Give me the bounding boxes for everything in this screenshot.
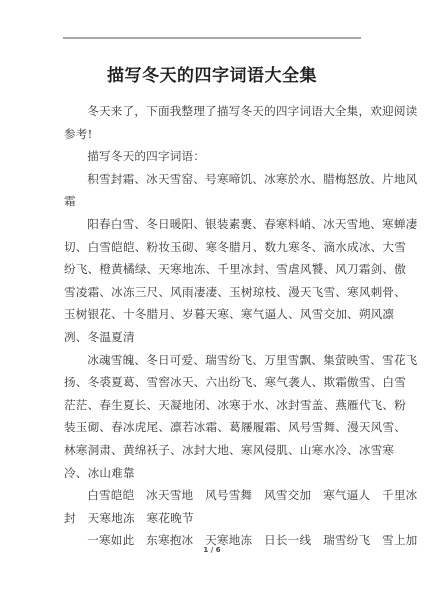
text-line: 白雪皑皑 冰天雪地 风号雪舞 风雪交加 寒气逼人 千里冰	[64, 484, 361, 507]
intro-paragraph: 冬天来了，下面我整理了描写冬天的四字词语大全集，欢迎阅读 参考!	[64, 100, 361, 145]
word-list-paragraph: 冰魂雪魄、冬日可爱、瑞雪纷飞、万里雪飘、集萤映雪、雪花飞 扬、冬裘夏葛、雪窖冰天…	[64, 349, 361, 485]
page-number: 1 / 6	[0, 546, 424, 554]
text-line: 纷飞、橙黄橘绿、天寒地冻、千里冰封、雪虐风饕、风刀霜剑、傲	[41, 258, 361, 281]
document-body: 冬天来了，下面我整理了描写冬天的四字词语大全集，欢迎阅读 参考! 描写冬天的四字…	[64, 100, 361, 552]
text-line: 冬天来了，下面我整理了描写冬天的四字词语大全集，欢迎阅读	[64, 100, 361, 123]
text-line: 霜	[41, 190, 361, 213]
text-line: 描写冬天的四字词语：	[64, 145, 361, 168]
document-title: 描写冬天的四字词语大全集	[0, 66, 424, 86]
text-line: 参考!	[41, 123, 361, 146]
text-line: 扬、冬裘夏葛、雪窖冰天、六出纷飞、寒气袭人、欺霜傲雪、白雪	[41, 371, 361, 394]
word-list-paragraph: 积雪封霜、冰天雪窑、号寒啼饥、冰寒於水、腊梅怒放、片地风 霜	[64, 168, 361, 213]
text-line: 封 天寒地冻 寒花晚节	[41, 507, 361, 530]
text-line: 冰魂雪魄、冬日可爱、瑞雪纷飞、万里雪飘、集萤映雪、雪花飞	[64, 349, 361, 372]
text-line: 切、白雪皑皑、粉妆玉砌、寒冬腊月、数九寒冬、滴水成冰、大雪	[41, 236, 361, 259]
text-line: 冷、冰山难靠	[41, 462, 361, 485]
document-page: 描写冬天的四字词语大全集 冬天来了，下面我整理了描写冬天的四字词语大全集，欢迎阅…	[0, 0, 424, 600]
text-line: 林寒洞肃、黄绵袄子、冰封大地、寒风侵肌、山寒水冷、冰雪寒	[41, 439, 361, 462]
text-line: 装玉砌、春冰虎尾、凛若冰霜、葛屦履霜、风号雪舞、漫天风雪、	[41, 416, 361, 439]
section-subheading: 描写冬天的四字词语：	[64, 145, 361, 168]
header-rule	[63, 37, 361, 39]
text-line: 雪凌霜、冰冻三尺、风雨凄凄、玉树琼枝、漫天飞雪、寒风刺骨、	[41, 281, 361, 304]
text-line: 冽、冬温夏清	[41, 326, 361, 349]
word-list-paragraph: 阳春白雪、冬日暖阳、银装素裹、春寒料峭、冰天雪地、寒蝉凄 切、白雪皑皑、粉妆玉砌…	[64, 213, 361, 349]
text-line: 玉树银花、十冬腊月、岁暮天寒、寒气逼人、风雪交加、朔风凛	[41, 303, 361, 326]
text-line: 阳春白雪、冬日暖阳、银装素裹、春寒料峭、冰天雪地、寒蝉凄	[64, 213, 361, 236]
text-line: 茫茫、春生夏长、天凝地闭、冰寒于水、冰封雪盖、燕雁代飞、粉	[41, 394, 361, 417]
word-list-paragraph: 白雪皑皑 冰天雪地 风号雪舞 风雪交加 寒气逼人 千里冰 封 天寒地冻 寒花晚节	[64, 484, 361, 529]
text-line: 积雪封霜、冰天雪窑、号寒啼饥、冰寒於水、腊梅怒放、片地风	[64, 168, 361, 191]
